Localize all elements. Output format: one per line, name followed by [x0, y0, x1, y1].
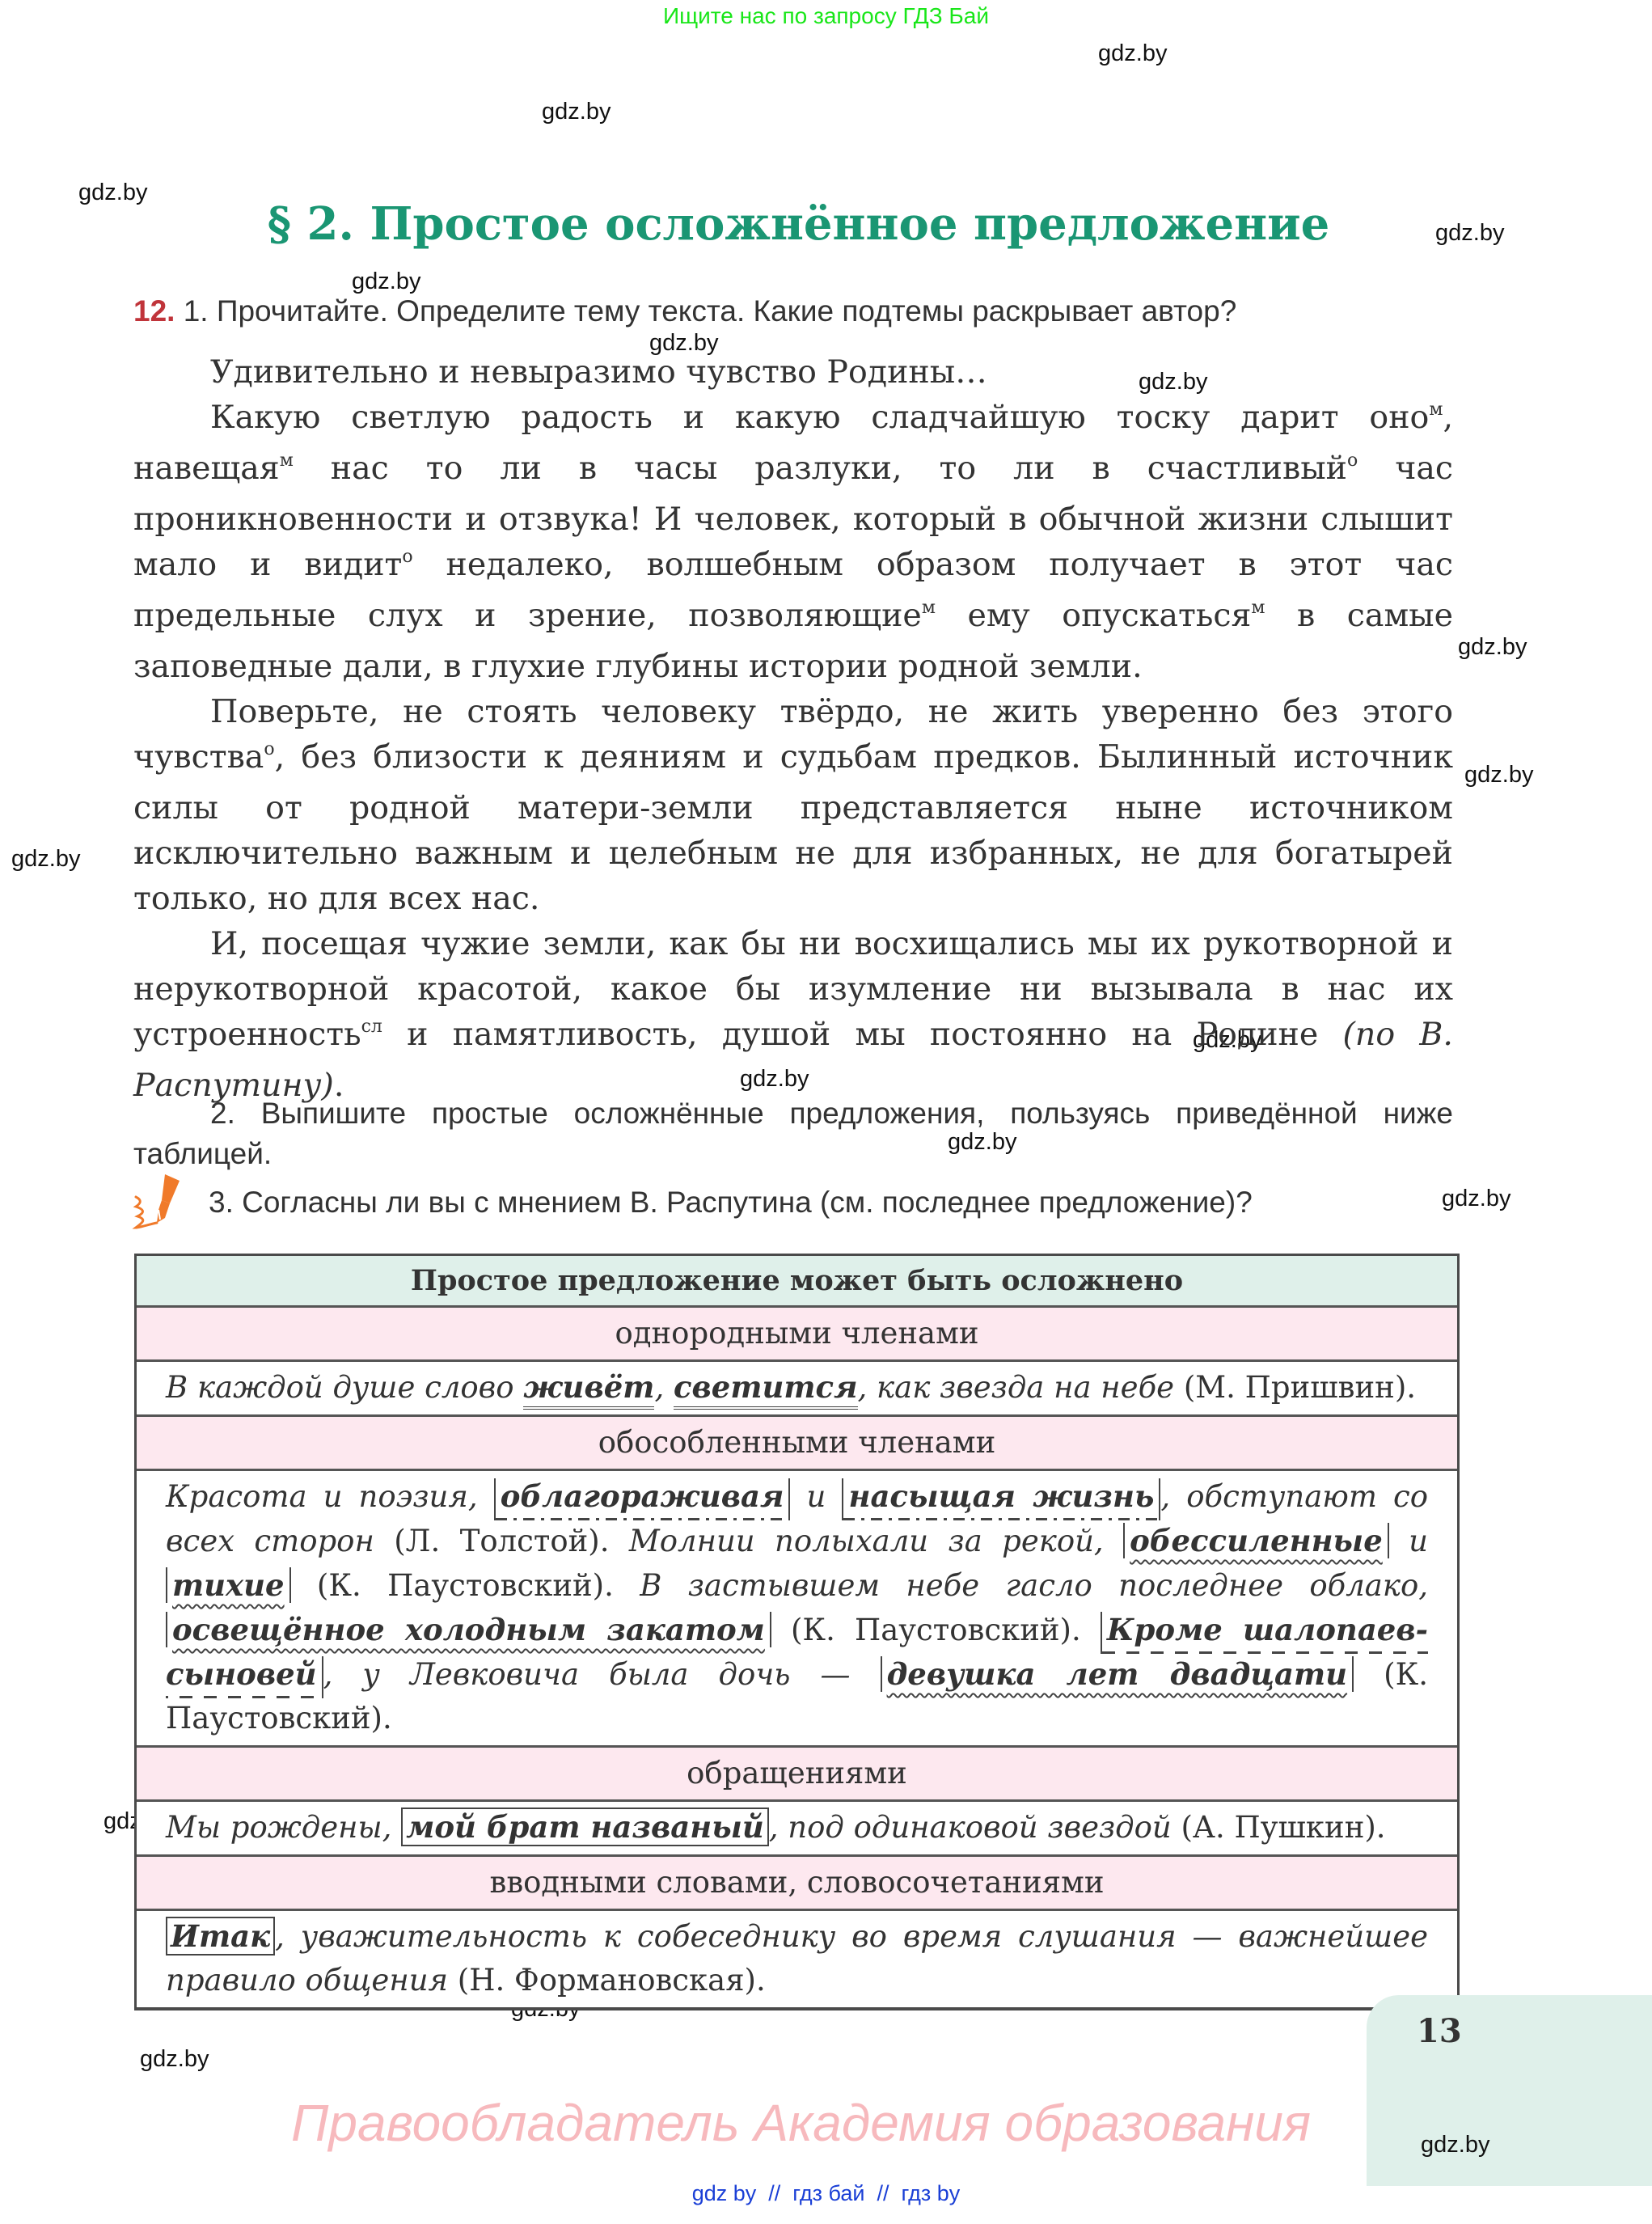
paragraph-4: И, посещая чужие земли, как бы ни восхищ…: [133, 921, 1453, 1108]
exercise-task-3: 3. Согласны ли вы с мнением В. Распутина…: [209, 1182, 1454, 1223]
marked-phrase: освещённое холодным закатом: [166, 1612, 771, 1647]
marked-phrase: обессиленные: [1123, 1523, 1389, 1558]
watermark: gdz.by: [1098, 40, 1167, 67]
source-attribution: (по В. Распутину): [133, 1016, 1453, 1104]
search-banner: Ищите нас по запросу ГДЗ Бай: [0, 3, 1652, 29]
marked-phrase: тихие: [166, 1567, 291, 1603]
page-number: 13: [1417, 2012, 1462, 2050]
source-attribution: (Н. Формановская).: [458, 1963, 766, 1998]
exercise-task-1: 12. 1. Прочитайте. Определите тему текст…: [133, 291, 1453, 332]
superscript-mark: м: [280, 450, 294, 471]
superscript-mark: м: [922, 598, 936, 618]
superscript-mark: м: [1251, 598, 1265, 618]
source-attribution: (А. Пушкин).: [1181, 1810, 1386, 1845]
watermark: gdz.by: [140, 2046, 209, 2073]
table-example-row: Мы рождены, мой брат названый, под одина…: [137, 1799, 1457, 1854]
section-title: § 2. Простое осложнённое предложение: [0, 197, 1597, 251]
table-example-row: Итак, уважительность к собеседнику во вр…: [137, 1909, 1457, 2007]
marked-phrase: Итак: [166, 1917, 275, 1956]
watermark: gdz.by: [1421, 2132, 1489, 2158]
paragraph-3: Поверьте, не стоять человеку твёрдо, не …: [133, 689, 1453, 921]
paragraph-2: Какую светлую радость и какую сладчайшую…: [133, 395, 1453, 689]
source-attribution: (К. Паустовский).: [791, 1613, 1101, 1647]
watermark: gdz.by: [542, 99, 611, 125]
source-attribution: (Л. Толстой).: [394, 1524, 629, 1558]
exercise-number: 12.: [133, 294, 175, 328]
superscript-mark: о: [402, 547, 412, 567]
table-category-row: обособленными членами: [137, 1414, 1457, 1469]
marked-phrase: насыщая жизнь: [842, 1478, 1160, 1520]
superscript-mark: о: [264, 739, 274, 759]
rights-holder-watermark: Правообладатель Академия образования: [291, 2093, 1311, 2153]
table-category-row: обращениями: [137, 1745, 1457, 1799]
reading-text: Удивительно и невыразимо чувство Родины……: [133, 349, 1453, 1108]
superscript-mark: м: [1429, 400, 1443, 420]
table-category-row: однородными членами: [137, 1305, 1457, 1359]
table-header: Простое предложение может быть осложнено: [137, 1256, 1457, 1305]
task-1-text: 1. Прочитайте. Определите тему текста. К…: [184, 294, 1237, 328]
table-category-row: вводными словами, словосочетаниями: [137, 1854, 1457, 1909]
exercise-task-2: 2. Выпишите простые осложнённые предложе…: [133, 1093, 1453, 1174]
marked-phrase: живёт: [523, 1369, 654, 1410]
page-number-tab: [1367, 1995, 1652, 2186]
watermark: gdz.by: [1464, 762, 1533, 789]
marked-phrase: мой брат названый: [401, 1808, 769, 1846]
source-attribution: (М. Пришвин).: [1184, 1370, 1416, 1405]
source-attribution: (К. Паустовский).: [317, 1568, 640, 1603]
marked-phrase: светится: [674, 1369, 858, 1410]
superscript-mark: сл: [361, 1017, 382, 1037]
pen-nib-icon: [129, 1171, 188, 1236]
table-example-row: В каждой душе слово живёт, светится, как…: [137, 1359, 1457, 1414]
watermark: gdz.by: [1458, 634, 1527, 661]
paragraph-1: Удивительно и невыразимо чувство Родины…: [133, 349, 1453, 395]
marked-phrase: облагораживая: [494, 1478, 791, 1520]
table-example-row: Красота и поэзия, облагораживая и насыща…: [137, 1469, 1457, 1745]
complication-types-table: Простое предложение может быть осложнено…: [134, 1254, 1460, 2010]
watermark: gdz.by: [11, 846, 80, 873]
superscript-mark: о: [1347, 450, 1358, 471]
marked-phrase: девушка лет двадцати: [881, 1656, 1354, 1692]
footer-links[interactable]: gdz by // гдз бай // гдз by: [0, 2181, 1652, 2206]
